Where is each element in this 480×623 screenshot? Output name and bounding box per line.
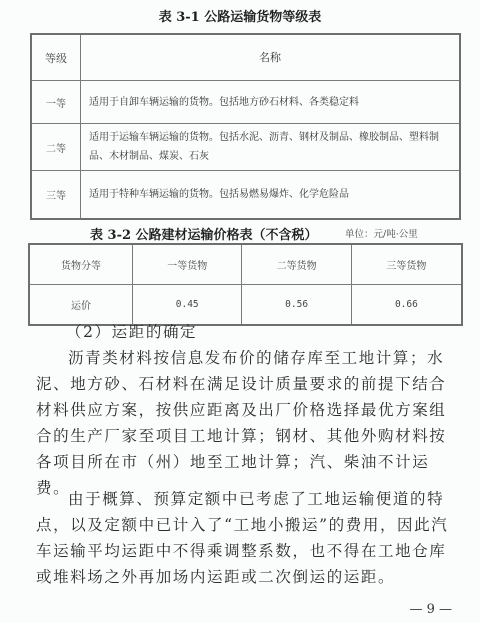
desc-cell: 适用于运输车辆运输的货物。包括水泥、沥青、钢材及制品、橡胶制品、塑料制品、木材制… (81, 124, 461, 171)
desc-cell: 适用于自卸车辆运输的货物。包括地方砂石材料、各类稳定料 (81, 81, 461, 124)
transport-price-table: 货物分等 一等货物 二等货物 三等货物 运价 0.45 0.56 0.66 (28, 243, 463, 326)
header-cell: 二等货物 (242, 244, 351, 285)
table-row: 一等 适用于自卸车辆运输的货物。包括地方砂石材料、各类稳定料 (31, 81, 460, 124)
desc-cell: 适用于特种车辆运输的货物。包括易燃易爆炸、化学危险品 (81, 171, 461, 220)
grade-cell: 三等 (31, 171, 81, 220)
table-header-row: 等级 名称 (31, 34, 460, 81)
table1-title: 表 3-1 公路运输货物等级表 (0, 6, 480, 25)
table-row: 三等 适用于特种车辆运输的货物。包括易燃易爆炸、化学危险品 (31, 171, 460, 220)
table2-title: 表 3-2 公路建材运输价格表（不含税） (90, 224, 318, 243)
paragraph: 由于概算、预算定额中已考虑了工地运输便道的特点，以及定额中已计入了“工地小搬运”… (36, 486, 456, 590)
table-row: 二等 适用于运输车辆运输的货物。包括水泥、沥青、钢材及制品、橡胶制品、塑料制品、… (31, 124, 460, 171)
section-heading: （2）运距的确定 (66, 319, 480, 345)
grade-cell: 二等 (31, 124, 81, 171)
header-cell: 货物分等 (29, 244, 133, 285)
header-grade: 等级 (31, 34, 81, 81)
header-cell: 一等货物 (133, 244, 242, 285)
header-cell: 三等货物 (351, 244, 462, 285)
grade-cell: 一等 (31, 81, 81, 124)
paragraph: 沥青类材料按信息发布价的储存库至工地计算；水泥、地方砂、石材料在满足设计质量要求… (36, 345, 456, 501)
table2-caption: 表 3-2 公路建材运输价格表（不含税） 单位：元/吨·公里 (0, 224, 480, 242)
table2-unit: 单位：元/吨·公里 (345, 226, 418, 240)
table-header-row: 货物分等 一等货物 二等货物 三等货物 (29, 244, 462, 285)
page-number: — 9 — (409, 602, 452, 617)
header-name: 名称 (81, 34, 461, 81)
cargo-grade-table: 等级 名称 一等 适用于自卸车辆运输的货物。包括地方砂石材料、各类稳定料 二等 … (30, 33, 461, 220)
